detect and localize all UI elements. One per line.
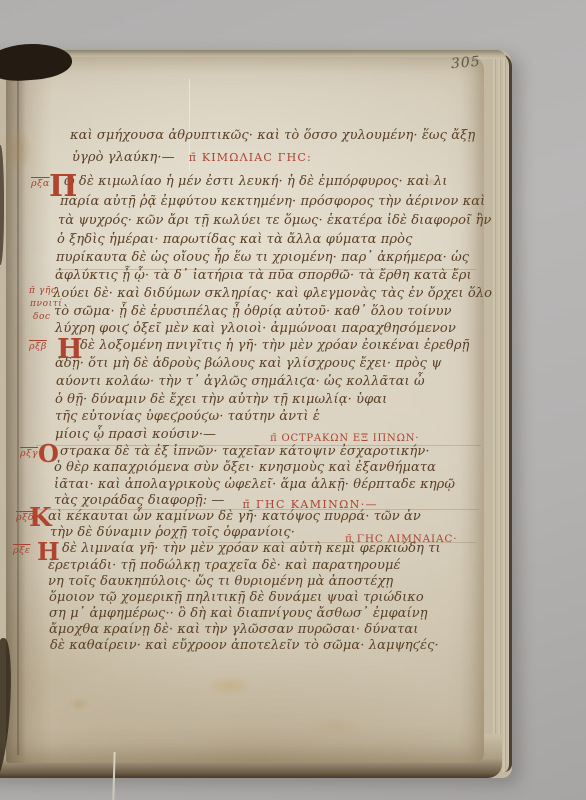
page-number: 305 [450,54,481,73]
text-line: παρία αὐτῇ ῥᾷ ἐμφύτου κεκτημένη· πρόσφορ… [60,194,485,209]
chapter-number: ρξα [31,178,50,189]
text-line: τὸ σῶμα· ᾗ δὲ ἐρυσιπέλας ᾖ ὀθρίᾳ αὐτοῦ· … [54,304,452,319]
text-line: δὲ καθαίρειν· καὶ εὔχροον ἀποτελεῖν τὸ σ… [50,638,439,653]
chapter-initial: Η [57,336,83,363]
chapter-number: ρξγ [20,448,38,459]
text-line: δὲ λιμναία γῆ· τὴν μὲν χρόαν καὶ αὐτὴ κε… [62,541,441,556]
rubric-heading-ostrakon: π̄ ΟϹΤΡΑΚΩΝ ΕΞ ΙΠΝΩΝ· [270,433,419,444]
text-line: αύοντι κολάω· τὴν τ᾽ ἀγλῶς σημάλιϛα· ὡς … [56,374,425,389]
text-line: καὶ σμήχουσα ἀθρυπτικῶς· καὶ τὸ ὅσσο χυλ… [70,128,475,143]
chapter-number: ρξε [13,545,30,556]
chapter-number: ρξβ [29,341,47,352]
margin-note-line: π̄ γῆϲ [29,286,57,296]
text-line: ὑγρὸ γλαύκη·—π̄ ΚΙΜΩΛΙΑϹ ΓΗϹ: [72,150,312,165]
text-line: ὁ θῇ· δύναμιν δὲ ἔχει τὴν αὐτὴν τῇ κιμωλ… [55,392,387,407]
text-line: ὁ ξηδὶς ἡμέραι· παρωτίδας καὶ τὰ ἄλλα φύ… [57,232,412,247]
text-line: δὲ λοξομένη πνιγῖτις ἡ γῆ· τὴν μὲν χρόαν… [80,338,470,353]
chapter-initial: Η [37,540,60,564]
text-line: τὰ ψυχρός· κῶν ἄρι τῇ κωλύει τε ὅμως· ἑκ… [58,213,491,228]
margin-note-line: πνοιτί [30,299,62,309]
fore-edge-page-stack [493,54,512,772]
text-line: ἰᾶται· καὶ ἀπολαγρικοὺς ὠφελεῖ· ἅμα ἀλκῇ… [54,477,455,492]
spine-edge [0,145,4,265]
stain [2,127,32,173]
text-line: ἐρετριάδι· τῇ ποδώλκῃ τραχεῖα δὲ· καὶ πα… [48,558,401,573]
manuscript-photo: 305 καὶ σμήχουσα ἀθρυπτικῶς· καὶ τὸ ὅσσο… [0,0,586,800]
text-line: πυρίκαυτα δὲ ὡς οἴους ἦρ ἕω τι χριομένη·… [56,250,469,265]
text-line: ὁ θὲρ καπαχριόμενα σὺν ὄξει· κνησμοὺς κα… [54,460,436,475]
text-line: ῶ δὲ κιμωλίαο ἡ μέν ἐστι λευκή· ἡ δὲ ἐμπ… [64,174,447,189]
stain [206,675,254,697]
text-line: μίοις ᾧ πρασὶ κούσιν·—π̄ ΟϹΤΡΑΚΩΝ ΕΞ ΙΠΝ… [55,427,419,442]
text-line: ἀφλύκτις ᾖ ᾧ· τὰ δ᾽ ἰατήρια τὰ πῦα σπορθ… [55,268,472,283]
text-line: ἄμοχθα κραίνῃ δὲ· καὶ τὴν γλῶσσαν πυρῶσα… [49,622,419,637]
text-line: τὰς χοιράδας διαφορῇ: —π̄ ΓΗϹ ΚΑΜΙΝΩΝ·— [54,493,378,508]
text-line: στρακα δὲ τὰ ἐξ ἰπνῶν· ταχεῖαν κάτοψιν ἐ… [60,444,430,459]
stain [68,697,90,711]
text-line: τῆς εὐτονίας ὑφεϛρούϛω· ταύτην ἀντὶ ἑ [55,409,320,424]
margin-note-line: δοϲ [33,312,51,322]
text-line: ἀδῇ· ὅτι μὴ δὲ ἁδροὺς βώλους καὶ γλίσχρο… [55,356,442,371]
text-line: νη τοῖς δαυκηπύλοις· ὥς τι θυριομένη μὰ … [48,574,393,589]
text-line: τὴν δὲ δύναμιν ῥοχῇ τοῖς ὀφρανίοις·π̄ ΓΗ… [50,525,457,540]
text-line: λύχρη φοιϛ ὀξεῖ μὲν καὶ γλοιοὶ· ἀμμώνοαι… [55,321,456,336]
text-line: ὅμοιον τῷ χομερικῇ πηλιτικῇ δὲ δυνάμει ψ… [49,590,424,605]
stain [306,717,366,735]
chapter-initial: Κ [29,505,52,531]
text-line: ση μ᾽ ἀμφημέρως·· ὃ δὴ καὶ διαπνίγους ἄσ… [49,606,428,621]
text-line: λούει δὲ· καὶ διδύμων σκληρίας· καὶ φλεγ… [53,286,492,301]
text-line: αὶ κέκαυται ὧν καμίνων δὲ γῆ· κατόψος πυ… [48,509,421,524]
chapter-initial: Π [49,172,77,202]
chapter-initial: Ο [38,442,59,466]
rubric-heading-kimolias: π̄ ΚΙΜΩΛΙΑϹ ΓΗϹ: [189,151,312,164]
